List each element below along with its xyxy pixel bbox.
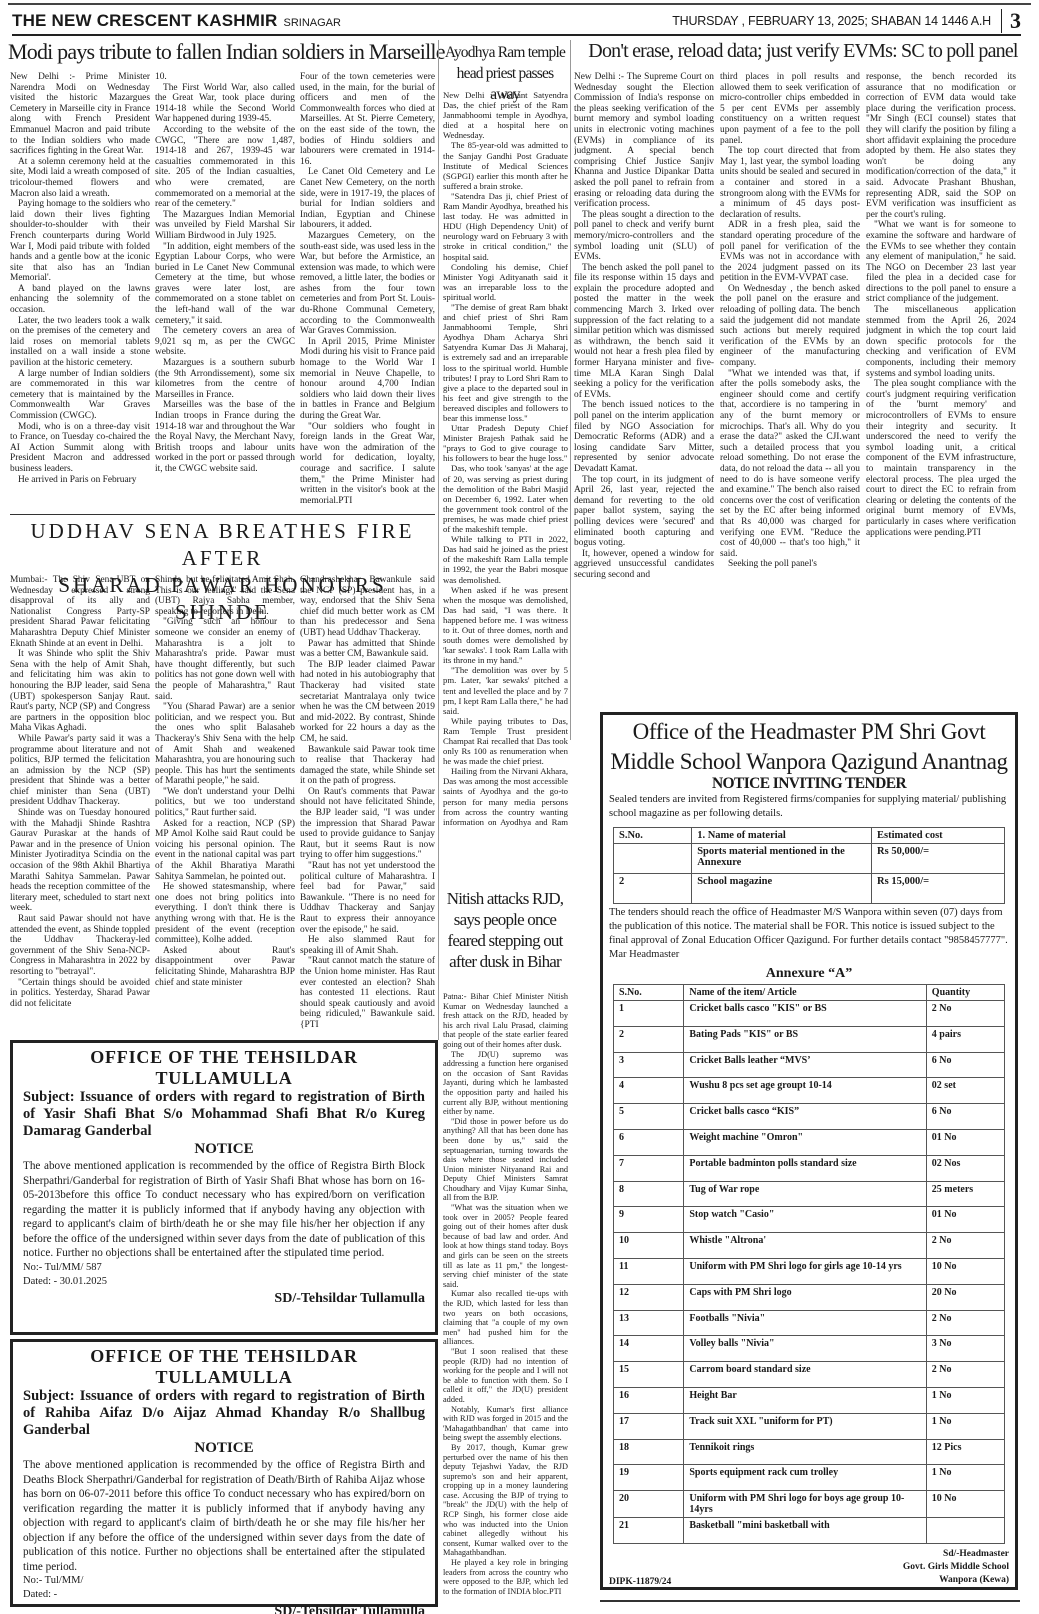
table-cell: 6 (614, 1129, 684, 1155)
table-cell: Weight machine "Omron" (684, 1129, 926, 1155)
table-row: 17Track suit XXL "uniform for PT)1 No (614, 1413, 1005, 1439)
table-cell: 4 pairs (926, 1026, 1004, 1052)
article-paragraph: "We don't understand your Delhi politics… (155, 787, 295, 819)
article-paragraph: While paying tributes to Das, Ram Temple… (443, 716, 568, 766)
article-paragraph: The JD(U) supremo was addressing a funct… (443, 1050, 568, 1117)
article-paragraph: Notably, Kumar's first alliance with RJD… (443, 1405, 568, 1443)
article-paragraph: "But I soon realised that these people (… (443, 1347, 568, 1405)
table-cell: Tennikoit rings (684, 1439, 926, 1465)
article-paragraph: "Certain things should be avoided in pol… (10, 978, 150, 1010)
uddhav-column-2: Shinde, but he felicitated Amit Shah. Th… (155, 575, 295, 1035)
uddhav-column-3: Chandrashekhar Bawankule said the NCP (S… (300, 575, 435, 1035)
article-paragraph: A band played on the lawns enhancing the… (10, 284, 150, 316)
article-paragraph: "Did those in power before us do anythin… (443, 1117, 568, 1203)
article-paragraph: "Raut has not yet understood the politic… (300, 861, 435, 935)
table-cell: Cricket balls casco “KIS” (684, 1104, 926, 1130)
bottom-rule (600, 1600, 1020, 1602)
tehsildar-notice-1: OFFICE OF THE TEHSILDAR TULLAMULLA Subje… (10, 1040, 438, 1335)
table-cell: 25 meters (926, 1181, 1004, 1207)
table-cell: 12 Pics (926, 1439, 1004, 1465)
notice-office-title: OFFICE OF THE TEHSILDAR TULLAMULLA (23, 1346, 425, 1388)
notice-office-title: OFFICE OF THE TEHSILDAR TULLAMULLA (23, 1047, 425, 1089)
tender-table: S.No.1. Name of materialEstimated costSp… (613, 827, 1005, 904)
article-paragraph: Mazargues is a southern suburb (the 9th … (155, 358, 295, 400)
table-cell: 15 (614, 1362, 684, 1388)
tender-terms-sign: Mar Headmaster (609, 948, 1009, 962)
article-paragraph: Pawar has admitted that Shinde was a bet… (300, 639, 435, 660)
uddhav-column-1: Mumbai:- The Shiv Sena-UBT on Wednesday … (10, 575, 150, 1035)
table-row: 1Cricket balls casco "KIS" or BS2 No (614, 1001, 1005, 1027)
notice-dated: Dated: - 30.01.2025 (23, 1275, 425, 1289)
article-paragraph: The Mazargues Indian Memorial was unveil… (155, 210, 295, 242)
newspaper-city: SRINAGAR (283, 17, 340, 29)
table-cell: 10 No (926, 1258, 1004, 1284)
tender-terms: The tenders should reach the office of H… (609, 906, 1009, 948)
table-cell: Sports material mentioned in the Annexur… (692, 844, 872, 874)
table-cell: 20 No (926, 1284, 1004, 1310)
table-cell: 5 (614, 1104, 684, 1130)
notice-heading: NOTICE (23, 1440, 425, 1457)
table-row: 18Tennikoit rings12 Pics (614, 1439, 1005, 1465)
table-cell: 1 No (926, 1387, 1004, 1413)
article-paragraph: The bench asked the poll panel to file i… (574, 263, 714, 401)
article-paragraph: According to the website of the CWGC, "T… (155, 125, 295, 210)
article-paragraph: He played a key role in bringing leaders… (443, 1558, 568, 1596)
table-cell: Whistle "Altrona' (684, 1233, 926, 1259)
table-cell: 4 (614, 1078, 684, 1104)
table-header-row: S.No.1. Name of materialEstimated cost (614, 828, 1005, 844)
table-cell: 13 (614, 1310, 684, 1336)
article-paragraph: "In addition, eight members of the Egypt… (155, 242, 295, 327)
table-cell (614, 844, 692, 874)
evm-column-2: third places in poll results and allowed… (720, 72, 860, 722)
column-rule (570, 40, 571, 740)
table-row: Sports material mentioned in the Annexur… (614, 844, 1005, 874)
column-header: 1. Name of material (692, 828, 872, 844)
table-cell: Rs 15,000/= (872, 874, 1005, 904)
table-cell: Uniform with PM Shri logo for boys age g… (684, 1491, 926, 1518)
notice-dated: Dated: - (23, 1588, 425, 1602)
table-cell: School magazine (692, 874, 872, 904)
issue-date: THURSDAY , FEBRUARY 13, 2025; SHABAN 14 … (672, 14, 1001, 28)
article-paragraph: third places in poll results and allowed… (720, 72, 860, 146)
article-paragraph: New Delhi :- The Supreme Court on Wednes… (574, 72, 714, 210)
article-paragraph: New Delhi :- Prime Minister Narendra Mod… (10, 72, 150, 157)
tender-subtitle: NOTICE INVITING TENDER (609, 775, 1009, 793)
signature-line-3: Wanpora (Kewa) (903, 1574, 1009, 1587)
article-paragraph: He also slammed Raut for speaking ill of… (300, 935, 435, 956)
article-paragraph: ADR in a fresh plea, said the standard o… (720, 220, 860, 284)
article-paragraph: Condoling his demise, Chief Minister Yog… (443, 262, 568, 302)
article-paragraph: The cemetery covers an area of 9,021 sq … (155, 326, 295, 358)
table-cell: Portable badminton polls standard size (684, 1155, 926, 1181)
column-header: Quantity (926, 985, 1004, 1001)
table-cell: 20 (614, 1491, 684, 1518)
article-paragraph: Later, the two leaders took a walk on th… (10, 316, 150, 369)
table-cell: 16 (614, 1387, 684, 1413)
article-paragraph: Marseilles was the base of the Indian tr… (155, 400, 295, 474)
table-row: 21Basketball "mini basketball with (614, 1518, 1005, 1544)
article-paragraph: The BJP leader claimed Pawar had noted i… (300, 660, 435, 745)
table-cell: 1 No (926, 1465, 1004, 1491)
article-paragraph: Modi, who is on a three-day visit to Fra… (10, 422, 150, 475)
article-paragraph: "You (Sharad Pawar) are a senior politic… (155, 702, 295, 787)
article-paragraph: By 2017, though, Kumar grew perturbed ov… (443, 1443, 568, 1558)
table-cell: 6 No (926, 1104, 1004, 1130)
table-cell: 17 (614, 1413, 684, 1439)
table-row: 10Whistle "Altrona'2 No (614, 1233, 1005, 1259)
table-cell: Carrom board standard size (684, 1362, 926, 1388)
nitish-headline: Nitish attacks RJD, says people once fea… (442, 888, 568, 972)
table-cell: 11 (614, 1258, 684, 1284)
article-paragraph: It, however, opened a window for aggriev… (574, 549, 714, 581)
article-paragraph: Four of the town cemeteries were used, i… (300, 72, 435, 167)
article-paragraph: Shinde was on Tuesday honoured with the … (10, 808, 150, 914)
masthead: THE NEW CRESCENT KASHMIR SRINAGAR THURSD… (12, 8, 1021, 36)
table-cell: 02 set (926, 1078, 1004, 1104)
table-cell: Uniform with PM Shri logo for girls age … (684, 1258, 926, 1284)
table-cell: 2 No (926, 1310, 1004, 1336)
article-paragraph: On Raut's comments that Pawar should not… (300, 787, 435, 861)
article-paragraph: "What was the situation when we took ove… (443, 1203, 568, 1289)
table-cell: Stop watch "Casio" (684, 1207, 926, 1233)
table-header-row: S.No.Name of the item/ ArticleQuantity (614, 985, 1005, 1001)
signature-line-1: Sd/-Headmaster (903, 1548, 1009, 1561)
article-paragraph: Mumbai:- The Shiv Sena-UBT on Wednesday … (10, 575, 150, 649)
table-row: 7Portable badminton polls standard size0… (614, 1155, 1005, 1181)
article-paragraph: "The demise of great Ram bhakt and chief… (443, 302, 568, 423)
article-paragraph: In April 2015, Prime Minister Modi durin… (300, 337, 435, 422)
table-cell: 1 (614, 1001, 684, 1027)
table-cell: Tug of War rope (684, 1181, 926, 1207)
section-divider (10, 514, 435, 515)
tehsildar-notice-2: OFFICE OF THE TEHSILDAR TULLAMULLA Subje… (10, 1339, 438, 1607)
article-paragraph: "What we intended was that, if after the… (720, 369, 860, 560)
table-cell: 18 (614, 1439, 684, 1465)
headmaster-signature: Sd/-Headmaster Govt. Girls Middle School… (903, 1548, 1009, 1587)
article-paragraph: The top court directed that from May 1, … (720, 146, 860, 220)
tender-notice: Office of the Headmaster PM Shri Govt Mi… (600, 712, 1018, 1590)
column-header: Name of the item/ Article (684, 985, 926, 1001)
page-number: 3 (1010, 8, 1021, 34)
table-cell: 7 (614, 1155, 684, 1181)
column-rule (438, 40, 439, 1040)
tender-office-title-1: Office of the Headmaster PM Shri Govt (609, 717, 1009, 747)
table-cell: 8 (614, 1181, 684, 1207)
table-row: 20Uniform with PM Shri logo for boys age… (614, 1491, 1005, 1518)
notice-heading: NOTICE (23, 1141, 425, 1158)
evm-column-1: New Delhi :- The Supreme Court on Wednes… (574, 72, 714, 722)
article-paragraph: 10. (155, 72, 295, 83)
table-cell: 01 No (926, 1207, 1004, 1233)
table-cell: Sports equipment rack cum trolley (684, 1465, 926, 1491)
notice-subject: Subject: Issuance of orders with regard … (23, 1089, 425, 1140)
table-cell: Footballs "Nivia" (684, 1310, 926, 1336)
table-row: 14Volley balls "Nivia"3 No (614, 1336, 1005, 1362)
table-cell: Height Bar (684, 1387, 926, 1413)
article-paragraph: Asked about Raut's disappointment over P… (155, 946, 295, 988)
article-paragraph: The pleas sought a direction to the poll… (574, 210, 714, 263)
tender-intro: Sealed tenders are invited from Register… (609, 793, 1009, 821)
article-paragraph: Raut said Pawar should not have attended… (10, 914, 150, 978)
tender-footer: DIPK-11879/24 Sd/-Headmaster Govt. Girls… (609, 1548, 1009, 1587)
modi-column-3: Four of the town cemeteries were used, i… (300, 72, 435, 512)
table-cell: Bating Pads "KIS" or BS (684, 1026, 926, 1052)
uddhav-headline-line-1: UDDHAV SENA BREATHES FIRE AFTER (10, 518, 435, 572)
table-cell: 2 (614, 874, 692, 904)
article-paragraph: "Raut cannot match the stature of the Un… (300, 956, 435, 1030)
table-cell: 14 (614, 1336, 684, 1362)
table-row: 13Footballs "Nivia"2 No (614, 1310, 1005, 1336)
column-header: S.No. (614, 985, 684, 1001)
table-row: 4Wushu 8 pcs set age groupt 10-1402 set (614, 1078, 1005, 1104)
notice-signature: SD/-Tehsildar Tullamulla (23, 1604, 425, 1614)
article-paragraph: Seeking the poll panel's (720, 559, 860, 570)
article-paragraph: A large number of Indian soldiers are co… (10, 369, 150, 422)
table-cell: 02 Nos (926, 1155, 1004, 1181)
table-cell: 3 (614, 1052, 684, 1078)
notice-number: No:- Tul/MM/ 587 (23, 1261, 425, 1275)
table-cell: 12 (614, 1284, 684, 1310)
article-paragraph: It was Shinde who split the Shiv Sena wi… (10, 649, 150, 734)
article-paragraph: The top court, in its judgment of April … (574, 475, 714, 549)
article-paragraph: "The demolition was over by 5 pm. Later,… (443, 665, 568, 715)
table-row: 12Caps with PM Shri logo20 No (614, 1284, 1005, 1310)
table-cell: 10 (614, 1233, 684, 1259)
annexure-table: S.No.Name of the item/ ArticleQuantity1C… (613, 984, 1005, 1544)
table-row: 19Sports equipment rack cum trolley1 No (614, 1465, 1005, 1491)
article-paragraph: Bawankule said Pawar took time to realis… (300, 745, 435, 787)
article-paragraph: The plea sought compliance with the cour… (866, 379, 1016, 538)
article-paragraph: response, the bench recorded its assuran… (866, 72, 1016, 220)
table-cell: 19 (614, 1465, 684, 1491)
table-cell: 1 No (926, 1413, 1004, 1439)
article-paragraph: He showed statesmanship, where one does … (155, 882, 295, 946)
notice-subject: Subject: Issuance of orders with regard … (23, 1388, 425, 1439)
table-cell: 3 No (926, 1336, 1004, 1362)
article-paragraph: When asked if he was present when the mo… (443, 585, 568, 666)
modi-headline: Modi pays tribute to fallen Indian soldi… (8, 40, 428, 63)
table-row: 3Cricket Balls leather “MVS’6 No (614, 1052, 1005, 1078)
article-paragraph: Hailing from the Nirvani Akhara, Das was… (443, 766, 568, 828)
article-paragraph: "What we want is for someone to examine … (866, 220, 1016, 305)
article-paragraph: The 85-year-old was admitted to the Sanj… (443, 140, 568, 190)
article-paragraph: Asked for a reaction, NCP (SP) MP Amol K… (155, 819, 295, 883)
article-paragraph: The First World War, also called the Gre… (155, 83, 295, 125)
article-paragraph: Le Canet Old Cemetery and Le Canet New C… (300, 167, 435, 231)
article-paragraph: "Satendra Das ji, chief Priest of Ram Ma… (443, 191, 568, 262)
signature-line-2: Govt. Girls Middle School (903, 1561, 1009, 1574)
article-paragraph: Patna:- Bihar Chief Minister Nitish Kuma… (443, 992, 568, 1050)
table-row: 2Bating Pads "KIS" or BS4 pairs (614, 1026, 1005, 1052)
dipk-number: DIPK-11879/24 (609, 1577, 671, 1587)
table-row: 8Tug of War rope25 meters (614, 1181, 1005, 1207)
article-paragraph: Das, who took 'sanyas' at the age of 20,… (443, 463, 568, 534)
table-cell: Wushu 8 pcs set age groupt 10-14 (684, 1078, 926, 1104)
annexure-title: Annexure “A” (609, 966, 1009, 982)
table-cell: 2 No (926, 1233, 1004, 1259)
article-paragraph: At a solemn ceremony held at the site, M… (10, 157, 150, 199)
article-paragraph: He arrived in Paris on February (10, 475, 150, 486)
table-cell: Volley balls "Nivia" (684, 1336, 926, 1362)
article-paragraph: "Our soldiers who fought in foreign land… (300, 422, 435, 507)
notice-number: No:- Tul/MM/ (23, 1574, 425, 1588)
masthead-divider (1001, 9, 1002, 33)
table-cell: 2 (614, 1026, 684, 1052)
table-cell: 6 No (926, 1052, 1004, 1078)
table-row: 11Uniform with PM Shri logo for girls ag… (614, 1258, 1005, 1284)
article-paragraph: Mazargues Cemetery, on the south-east si… (300, 231, 435, 337)
column-header: Estimated cost (872, 828, 1005, 844)
article-paragraph: Shinde, but he felicitated Amit Shah. Th… (155, 575, 295, 617)
notice-body: The above mentioned application is recom… (23, 1458, 425, 1574)
table-cell: 01 No (926, 1129, 1004, 1155)
ayodhya-body: New Delhi :- Mahant Satyendra Das, the c… (443, 90, 568, 828)
article-paragraph: Chandrashekhar Bawankule said the NCP (S… (300, 575, 435, 639)
article-paragraph: Paying homage to the soldiers who laid d… (10, 199, 150, 284)
table-cell: 10 No (926, 1491, 1004, 1518)
table-cell: Cricket Balls leather “MVS’ (684, 1052, 926, 1078)
modi-column-1: New Delhi :- Prime Minister Narendra Mod… (10, 72, 150, 512)
table-row: 15Carrom board standard size2 No (614, 1362, 1005, 1388)
top-rule (8, 3, 1031, 5)
article-paragraph: The bench issued notices to the poll pan… (574, 400, 714, 474)
table-cell: Track suit XXL "uniform for PT) (684, 1413, 926, 1439)
modi-column-2: 10.The First World War, also called the … (155, 72, 295, 512)
notice-body: The above mentioned application is recom… (23, 1159, 425, 1261)
article-paragraph: Uttar Pradesh Deputy Chief Minister Braj… (443, 423, 568, 463)
tender-office-title-2: Middle School Wanpora Qazigund Anantnag (609, 747, 1009, 777)
evm-headline: Don't erase, reload data; just verify EV… (573, 41, 1033, 62)
column-header: S.No. (614, 828, 692, 844)
table-row: 9Stop watch "Casio"01 No (614, 1207, 1005, 1233)
nitish-body: Patna:- Bihar Chief Minister Nitish Kuma… (443, 992, 568, 1602)
article-paragraph: On Wednesday , the bench asked the poll … (720, 284, 860, 369)
article-paragraph: While Pawar's party said it was a progra… (10, 734, 150, 808)
table-row: 6Weight machine "Omron"01 No (614, 1129, 1005, 1155)
table-cell: Cricket balls casco "KIS" or BS (684, 1001, 926, 1027)
table-row: 5Cricket balls casco “KIS”6 No (614, 1104, 1005, 1130)
table-cell: Rs 50,000/= (872, 844, 1005, 874)
table-cell: Basketball "mini basketball with (684, 1518, 926, 1544)
article-paragraph: "Giving such an honour to someone we con… (155, 617, 295, 702)
table-row: 2School magazineRs 15,000/= (614, 874, 1005, 904)
table-cell: 2 No (926, 1001, 1004, 1027)
table-cell: Caps with PM Shri logo (684, 1284, 926, 1310)
article-paragraph: The miscellaneous application stemmed fr… (866, 305, 1016, 379)
table-cell: 9 (614, 1207, 684, 1233)
article-paragraph: New Delhi :- Mahant Satyendra Das, the c… (443, 90, 568, 140)
table-cell (926, 1518, 1004, 1544)
article-paragraph: Kumar also recalled tie-ups with the RJD… (443, 1289, 568, 1347)
table-cell: 21 (614, 1518, 684, 1544)
notice-signature: SD/-Tehsildar Tullamulla (23, 1291, 425, 1307)
article-paragraph: While talking to PTI in 2022, Das had sa… (443, 534, 568, 584)
table-cell: 2 No (926, 1362, 1004, 1388)
newspaper-name: THE NEW CRESCENT KASHMIR (12, 11, 277, 31)
evm-column-3: response, the bench recorded its assuran… (866, 72, 1016, 722)
table-row: 16Height Bar1 No (614, 1387, 1005, 1413)
